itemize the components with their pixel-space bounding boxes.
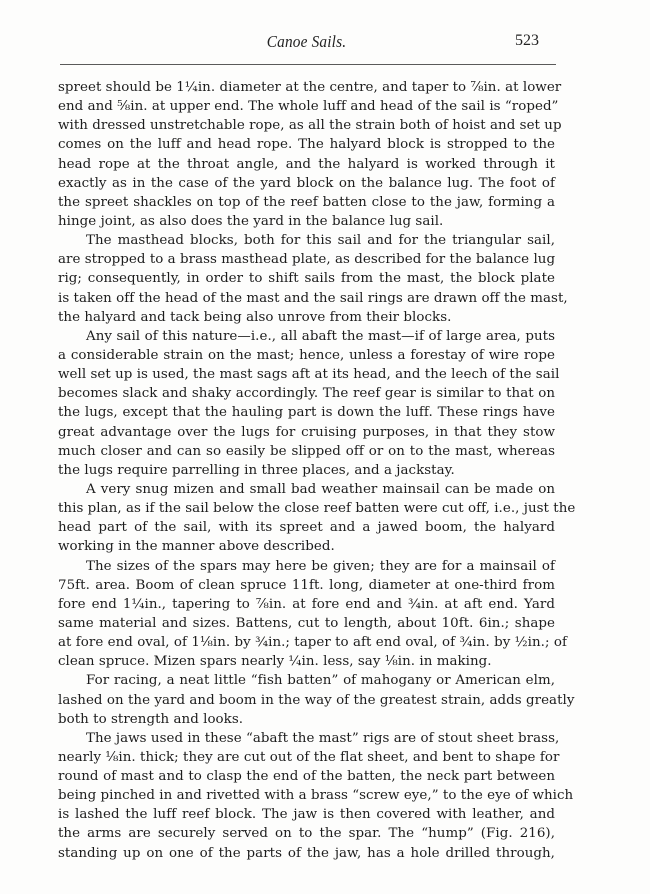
running-title: Canoe Sails. [83, 32, 530, 52]
text-line: standing up on one of the parts of the j… [58, 844, 555, 863]
running-head: Canoe Sails. 523 [58, 32, 555, 56]
text-line: this plan, as if the sail below the clos… [58, 499, 555, 518]
text-line: a considerable strain on the mast; hence… [58, 346, 555, 365]
text-line: A very snug mizen and small bad weather … [58, 480, 555, 499]
text-line: much closer and can so easily be slipped… [58, 442, 555, 461]
text-line: spreet should be 1¼in. diameter at the c… [58, 78, 555, 97]
text-line: lashed on the yard and boom in the way o… [58, 691, 555, 710]
text-line: both to strength and looks. [58, 710, 555, 729]
page-number: 523 [515, 32, 539, 50]
text-line: fore end 1¼in., tapering to ⅞in. at fore… [58, 595, 555, 614]
text-line: the halyard and tack being also unrove f… [58, 308, 555, 327]
text-line: nearly ⅛in. thick; they are cut out of t… [58, 748, 555, 767]
paragraph: spreet should be 1¼in. diameter at the c… [58, 78, 555, 231]
header-rule [60, 64, 556, 65]
paragraph: For racing, a neat little “fish batten” … [58, 671, 555, 728]
text-line: hinge joint, as also does the yard in th… [58, 212, 555, 231]
text-line: exactly as in the case of the yard block… [58, 174, 555, 193]
text-line: are stropped to a brass masthead plate, … [58, 250, 555, 269]
paragraph: A very snug mizen and small bad weather … [58, 480, 555, 557]
text-line: round of mast and to clasp the end of th… [58, 767, 555, 786]
paragraph: The masthead blocks, both for this sail … [58, 231, 555, 327]
text-line: The sizes of the spars may here be given… [58, 557, 555, 576]
text-line: clean spruce. Mizen spars nearly ¼in. le… [58, 652, 555, 671]
text-line: the lugs, except that the hauling part i… [58, 403, 555, 422]
body-text: spreet should be 1¼in. diameter at the c… [58, 78, 555, 863]
text-line: great advantage over the lugs for cruisi… [58, 423, 555, 442]
text-line: at fore end oval, of 1⅛in. by ¾in.; tape… [58, 633, 555, 652]
text-line: being pinched in and rivetted with a bra… [58, 786, 555, 805]
text-line: working in the manner above described. [58, 537, 555, 556]
book-page: Canoe Sails. 523 spreet should be 1¼in. … [0, 0, 650, 894]
text-line: The jaws used in these “abaft the mast” … [58, 729, 555, 748]
text-line: the spreet shackles on top of the reef b… [58, 193, 555, 212]
text-line: the lugs require parrelling in three pla… [58, 461, 555, 480]
text-line: same material and sizes. Battens, cut to… [58, 614, 555, 633]
paragraph: The jaws used in these “abaft the mast” … [58, 729, 555, 863]
text-line: well set up is used, the mast sags aft a… [58, 365, 555, 384]
text-line: Any sail of this nature—i.e., all abaft … [58, 327, 555, 346]
text-line: is taken off the head of the mast and th… [58, 289, 555, 308]
text-line: the arms are securely served on to the s… [58, 824, 555, 843]
text-line: For racing, a neat little “fish batten” … [58, 671, 555, 690]
paragraph: The sizes of the spars may here be given… [58, 557, 555, 672]
text-line: rig; consequently, in order to shift sai… [58, 269, 555, 288]
text-line: 75ft. area. Boom of clean spruce 11ft. l… [58, 576, 555, 595]
text-line: end and ⅝in. at upper end. The whole luf… [58, 97, 555, 116]
text-line: The masthead blocks, both for this sail … [58, 231, 555, 250]
text-line: head part of the sail, with its spreet a… [58, 518, 555, 537]
text-line: becomes slack and shaky accordingly. The… [58, 384, 555, 403]
text-line: is lashed the luff reef block. The jaw i… [58, 805, 555, 824]
text-line: comes on the luff and head rope. The hal… [58, 135, 555, 154]
text-line: with dressed unstretchable rope, as all … [58, 116, 555, 135]
paragraph: Any sail of this nature—i.e., all abaft … [58, 327, 555, 480]
text-line: head rope at the throat angle, and the h… [58, 155, 555, 174]
